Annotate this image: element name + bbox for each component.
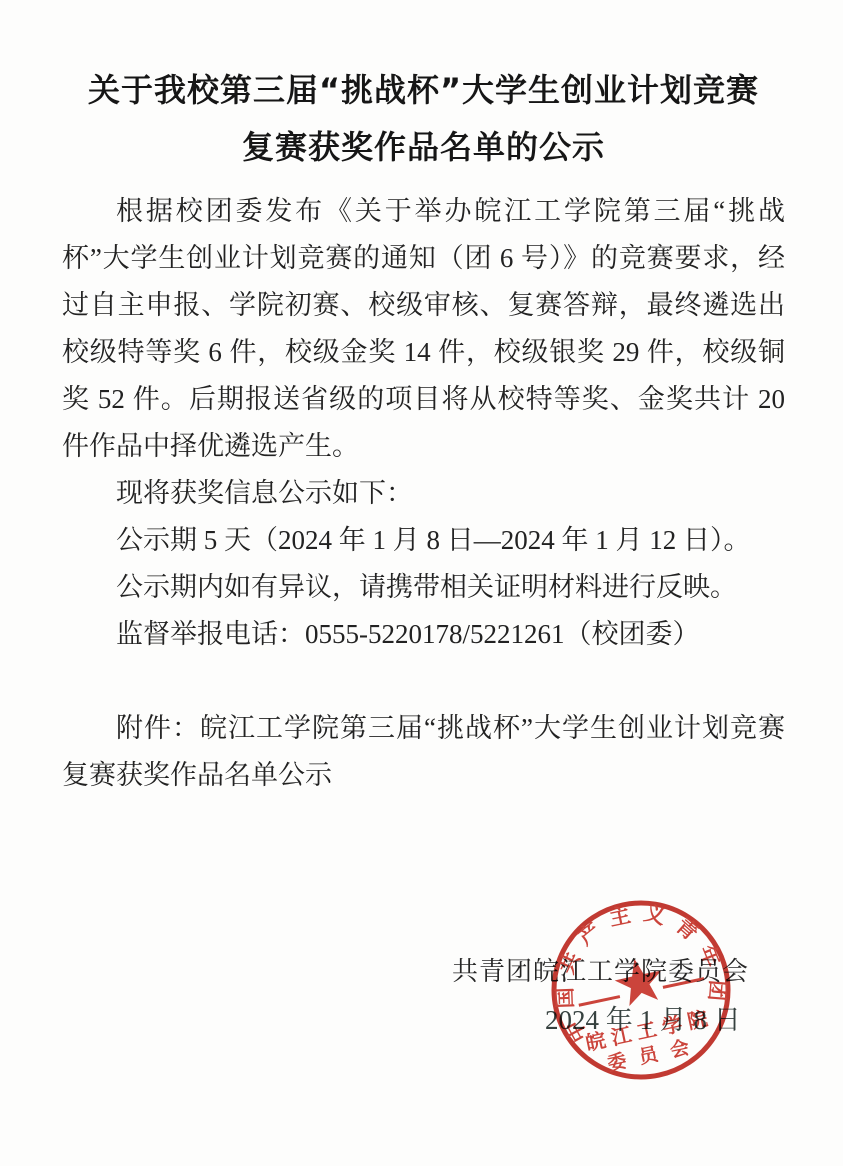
document-title-line2: 复赛获奖作品名单的公示	[242, 128, 605, 166]
document-body: 根据校团委发布《关于举办皖江工学院第三届“挑战杯”大学生创业计划竞赛的通知（团 …	[62, 188, 785, 799]
seal-group: 中国共产主义青年团 皖江工学院 委员会	[535, 885, 746, 1093]
paragraph-report-phone: 监督举报电话：0555-5220178/5221261（校团委）	[62, 611, 785, 658]
paragraph-announce: 现将获奖信息公示如下：	[62, 470, 785, 517]
paragraph-intro: 根据校团委发布《关于举办皖江工学院第三届“挑战杯”大学生创业计划竞赛的通知（团 …	[62, 188, 785, 470]
issuer-signature: 共青团皖江工学院委员会	[452, 951, 749, 988]
seal-border-circle	[538, 887, 744, 1093]
official-seal: 中国共产主义青年团 皖江工学院 委员会	[529, 878, 753, 1102]
seal-inner-line2: 委员会	[605, 1033, 704, 1075]
scanned-announcement-page: 关于我校第三届“挑战杯”大学生创业计划竞赛复赛获奖作品名单的公示 根据校团委发布…	[0, 0, 843, 1166]
document-title-line1: 关于我校第三届“挑战杯”大学生创业计划竞赛	[88, 71, 759, 109]
paragraph-objection: 公示期内如有异议，请携带相关证明材料进行反映。	[62, 564, 785, 611]
document-title: 关于我校第三届“挑战杯”大学生创业计划竞赛复赛获奖作品名单的公示	[62, 62, 785, 176]
issue-date: 2024 年 1 月 8 日	[545, 998, 741, 1037]
paragraph-attachment: 附件：皖江工学院第三届“挑战杯”大学生创业计划竞赛复赛获奖作品名单公示	[62, 705, 785, 799]
paragraph-publicity-period: 公示期 5 天（2024 年 1 月 8 日—2024 年 1 月 12 日）。	[62, 517, 785, 564]
document-content: 关于我校第三届“挑战杯”大学生创业计划竞赛复赛获奖作品名单的公示 根据校团委发布…	[62, 56, 785, 799]
